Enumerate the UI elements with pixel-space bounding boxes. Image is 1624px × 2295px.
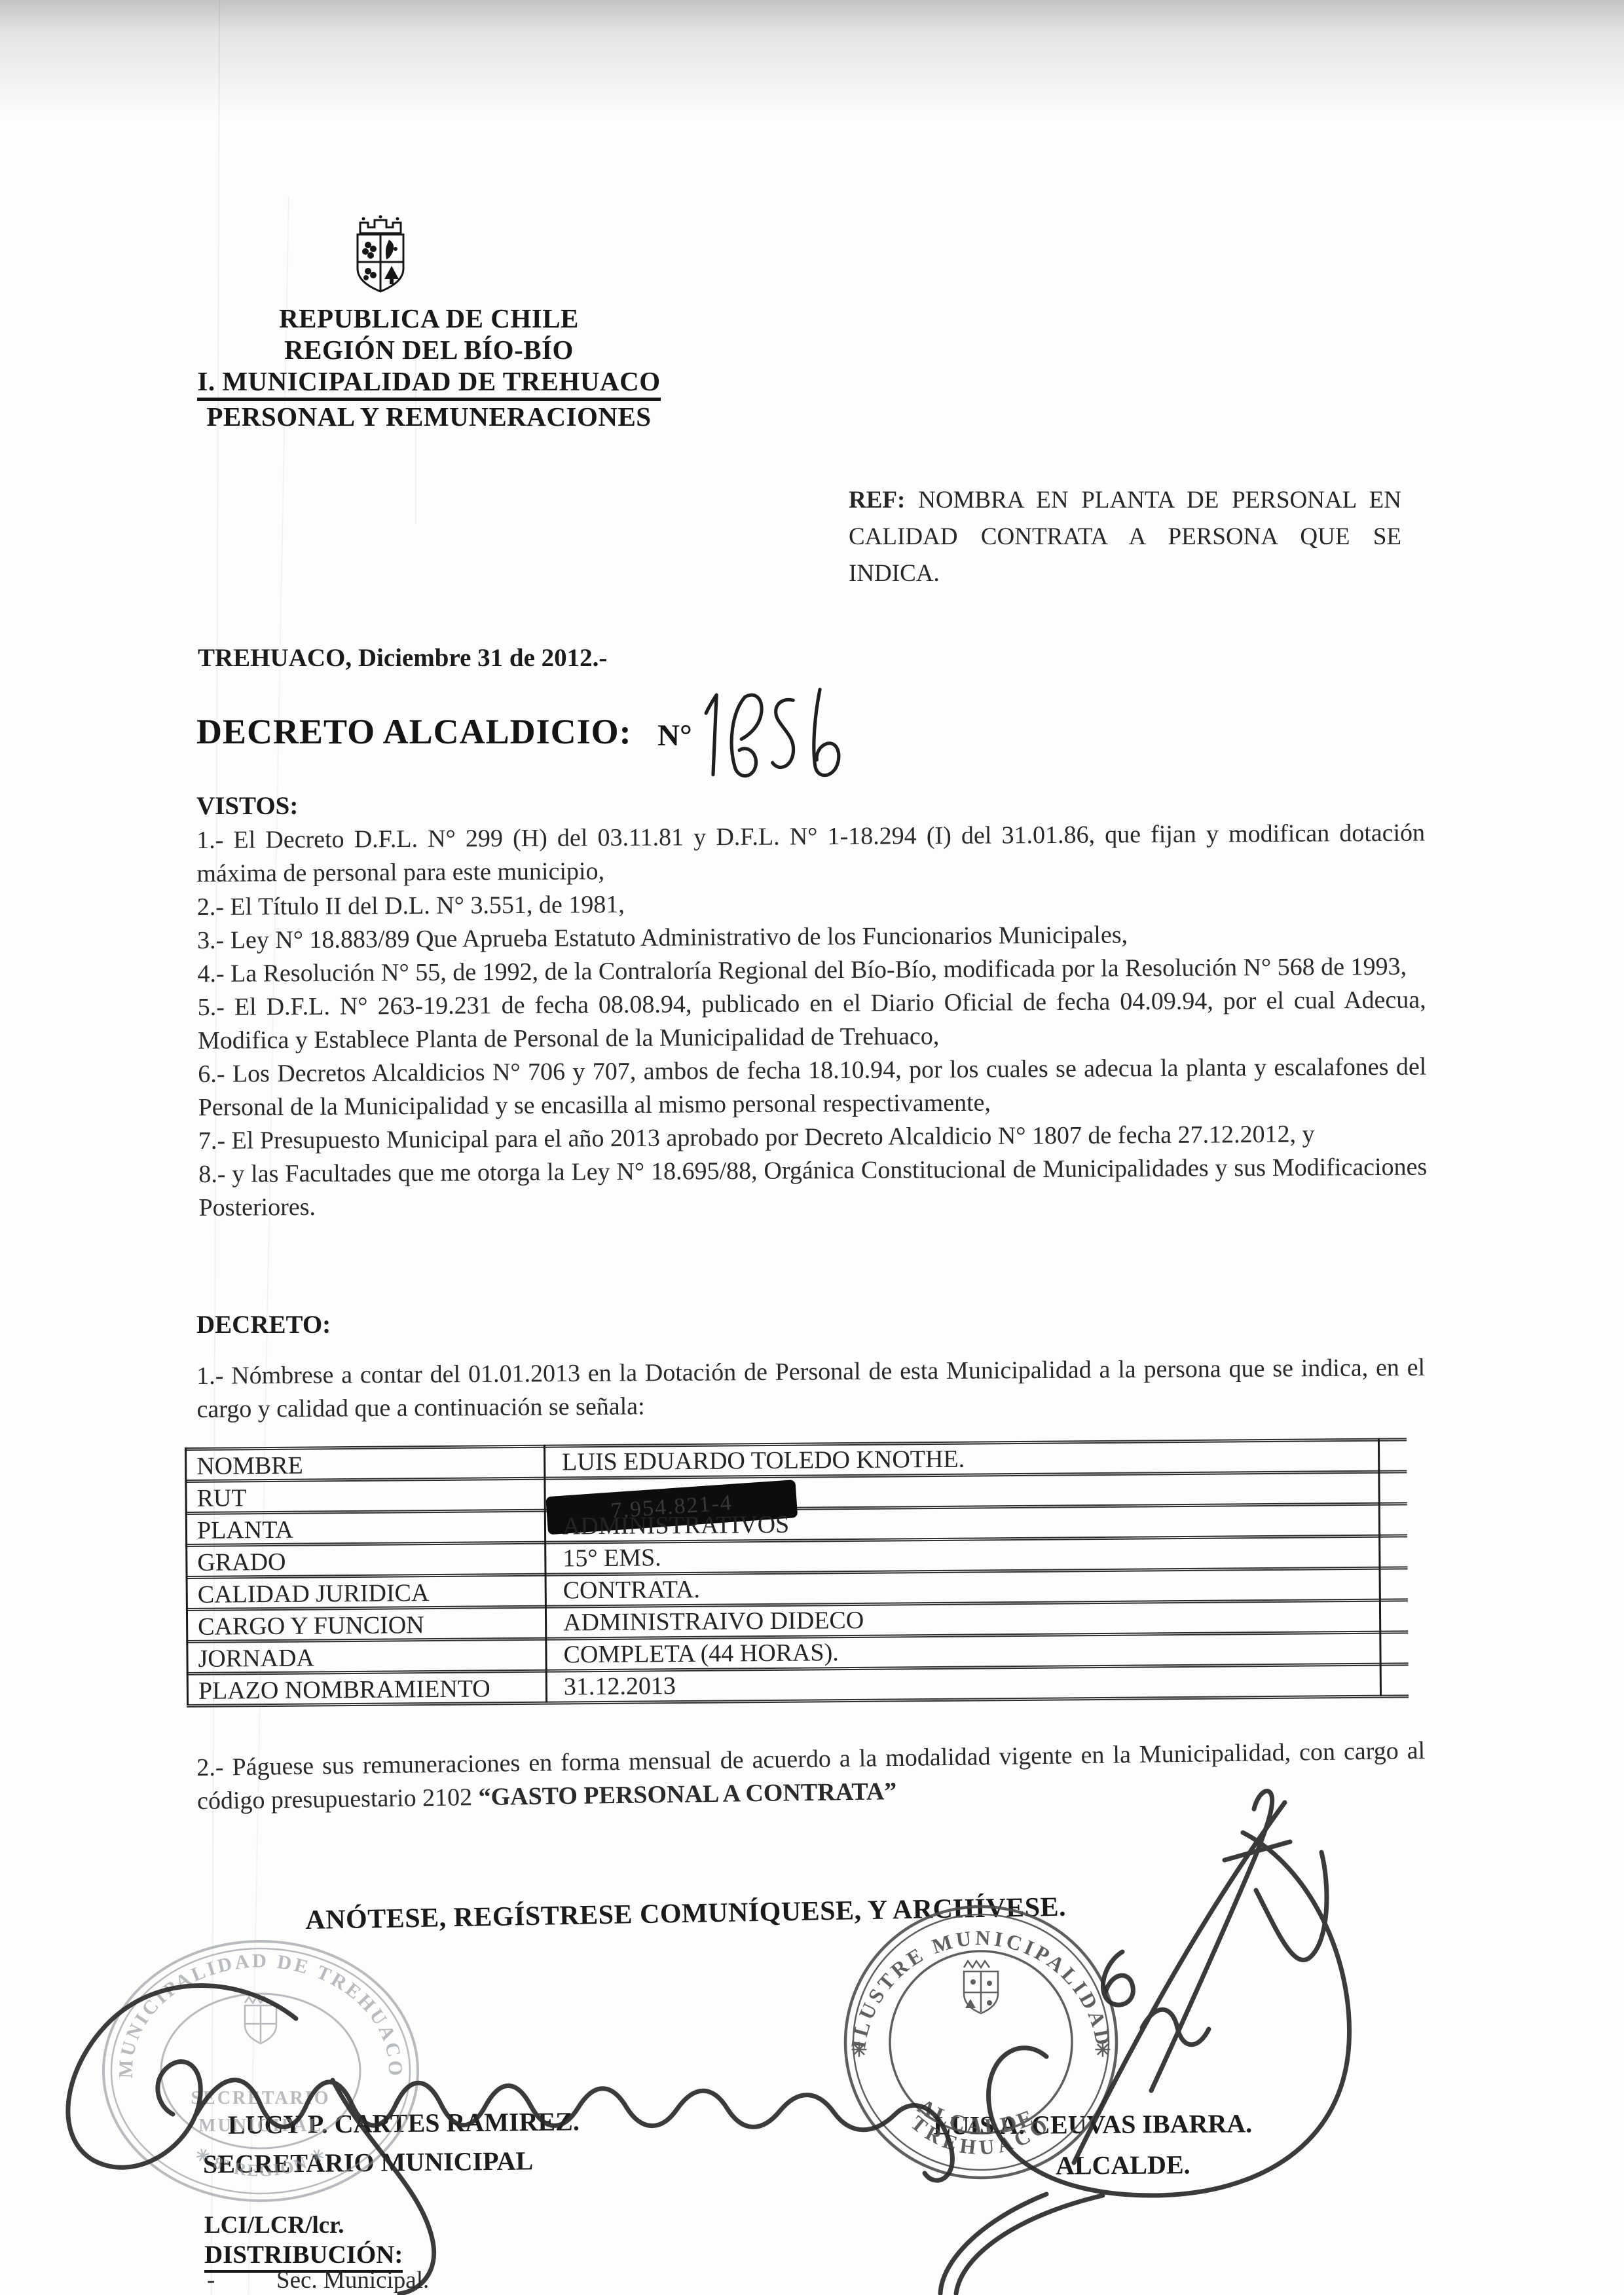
decreto-paragraph-1: 1.- Nómbrese a contar del 01.01.2013 en …: [196, 1351, 1426, 1427]
decreto-heading: DECRETO:: [196, 1310, 331, 1339]
letterhead-country: REPUBLICA DE CHILE: [183, 303, 674, 334]
letterhead-department: PERSONAL Y REMUNERACIONES: [183, 401, 674, 432]
reference-text: NOMBRA EN PLANTA DE PERSONAL EN CALIDAD …: [849, 487, 1401, 587]
table-row-label: PLAZO NOMBRAMIENTO: [198, 1674, 490, 1706]
scanned-decree-page: REPUBLICA DE CHILE REGIÓN DEL BÍO-BÍO I.…: [0, 0, 1624, 2295]
secretary-name: LUCY P. CARTES RAMIREZ.: [228, 2106, 580, 2140]
vistos-item: 5.- El D.F.L. N° 263-19.231 de fecha 08.…: [198, 984, 1427, 1058]
svg-text:ILUSTRE MUNICIPALIDAD: ILUSTRE MUNICIPALIDAD: [846, 1926, 1116, 2050]
table-row-label: RUT: [196, 1483, 246, 1513]
table-row-value: LUIS EDUARDO TOLEDO KNOTHE.: [562, 1445, 965, 1477]
vistos-list: 1.- El Decreto D.F.L. N° 299 (H) del 03.…: [196, 817, 1428, 1225]
reference-label: REF:: [849, 487, 905, 513]
svg-text:MUNICIPALIDAD DE TREHUACO: MUNICIPALIDAD DE TREHUACO: [115, 1950, 407, 2079]
table-row-label: CARGO Y FUNCION: [198, 1611, 424, 1641]
distribution-item-dash: -: [207, 2266, 215, 2294]
decree-title: DECRETO ALCALDICIO:: [196, 711, 632, 752]
secretary-signature: [68, 1986, 953, 2294]
table-row-value: COMPLETA (44 HORAS).: [563, 1638, 839, 1669]
letterhead: REPUBLICA DE CHILE REGIÓN DEL BÍO-BÍO I.…: [183, 303, 674, 432]
secretary-title: SECRETARIO MUNICIPAL: [203, 2145, 534, 2179]
table-row-value: ADMINISTRAIVO DIDECO: [563, 1606, 864, 1637]
letterhead-region: REGIÓN DEL BÍO-BÍO: [183, 334, 674, 365]
letterhead-municipality: I. MUNICIPALIDAD DE TREHUACO: [183, 365, 674, 401]
vistos-item: 1.- El Decreto D.F.L. N° 299 (H) del 03.…: [196, 817, 1426, 891]
appointment-table: NOMBRE LUIS EDUARDO TOLEDO KNOTHE. RUT 7…: [185, 1438, 1411, 1707]
mayor-name: LUIS A. CEUVAS IBARRA.: [933, 2108, 1252, 2140]
vistos-heading: VISTOS:: [196, 791, 298, 821]
table-row-label: NOMBRE: [196, 1451, 303, 1481]
handwritten-decree-number: [684, 682, 855, 793]
place-date-line: TREHUACO, Diciembre 31 de 2012.-: [198, 643, 607, 673]
scan-fold-line: [248, 196, 289, 2294]
mayor-signature: [940, 1791, 1350, 2294]
closing-formula: ANÓTESE, REGÍSTRESE COMUNÍQUESE, Y ARCHÍ…: [305, 1892, 1067, 1936]
table-row-label: CALIDAD JURIDICA: [198, 1578, 430, 1609]
stamp-star-left-icon: ✳: [851, 2040, 867, 2061]
typist-initials: LCI/LCR/lcr.: [204, 2211, 344, 2239]
distribution-item: Sec. Municipal.: [276, 2266, 429, 2294]
table-row-value: CONTRATA.: [563, 1575, 700, 1605]
payment-paragraph: 2.- Páguese sus remuneraciones en forma …: [196, 1734, 1426, 1818]
table-line: [185, 1534, 1407, 1547]
scan-top-shadow: [0, 0, 1624, 124]
table-row-label: PLANTA: [197, 1516, 293, 1545]
table-row-label: GRADO: [197, 1548, 286, 1577]
vistos-item: 6.- Los Decretos Alcaldicios N° 706 y 70…: [198, 1051, 1427, 1125]
municipal-coat-of-arms-icon: [348, 215, 413, 295]
table-row-value: ADMINISTRATIVOS: [563, 1510, 790, 1541]
table-row-value: 15° EMS.: [563, 1543, 661, 1573]
budget-code-bold: “GASTO PERSONAL A CONTRATA”: [478, 1778, 896, 1811]
stamp-star-right-icon: ✳: [1094, 2040, 1111, 2061]
table-row-label: JORNADA: [198, 1643, 314, 1673]
table-line: [186, 1566, 1408, 1579]
table-row-value: 31.12.2013: [564, 1671, 676, 1701]
mayor-title: ALCALDE.: [1056, 2149, 1190, 2180]
vistos-item: 8.- y las Facultades que me otorga la Le…: [198, 1151, 1428, 1225]
reference-block: REF: NOMBRA EN PLANTA DE PERSONAL EN CAL…: [849, 482, 1401, 592]
